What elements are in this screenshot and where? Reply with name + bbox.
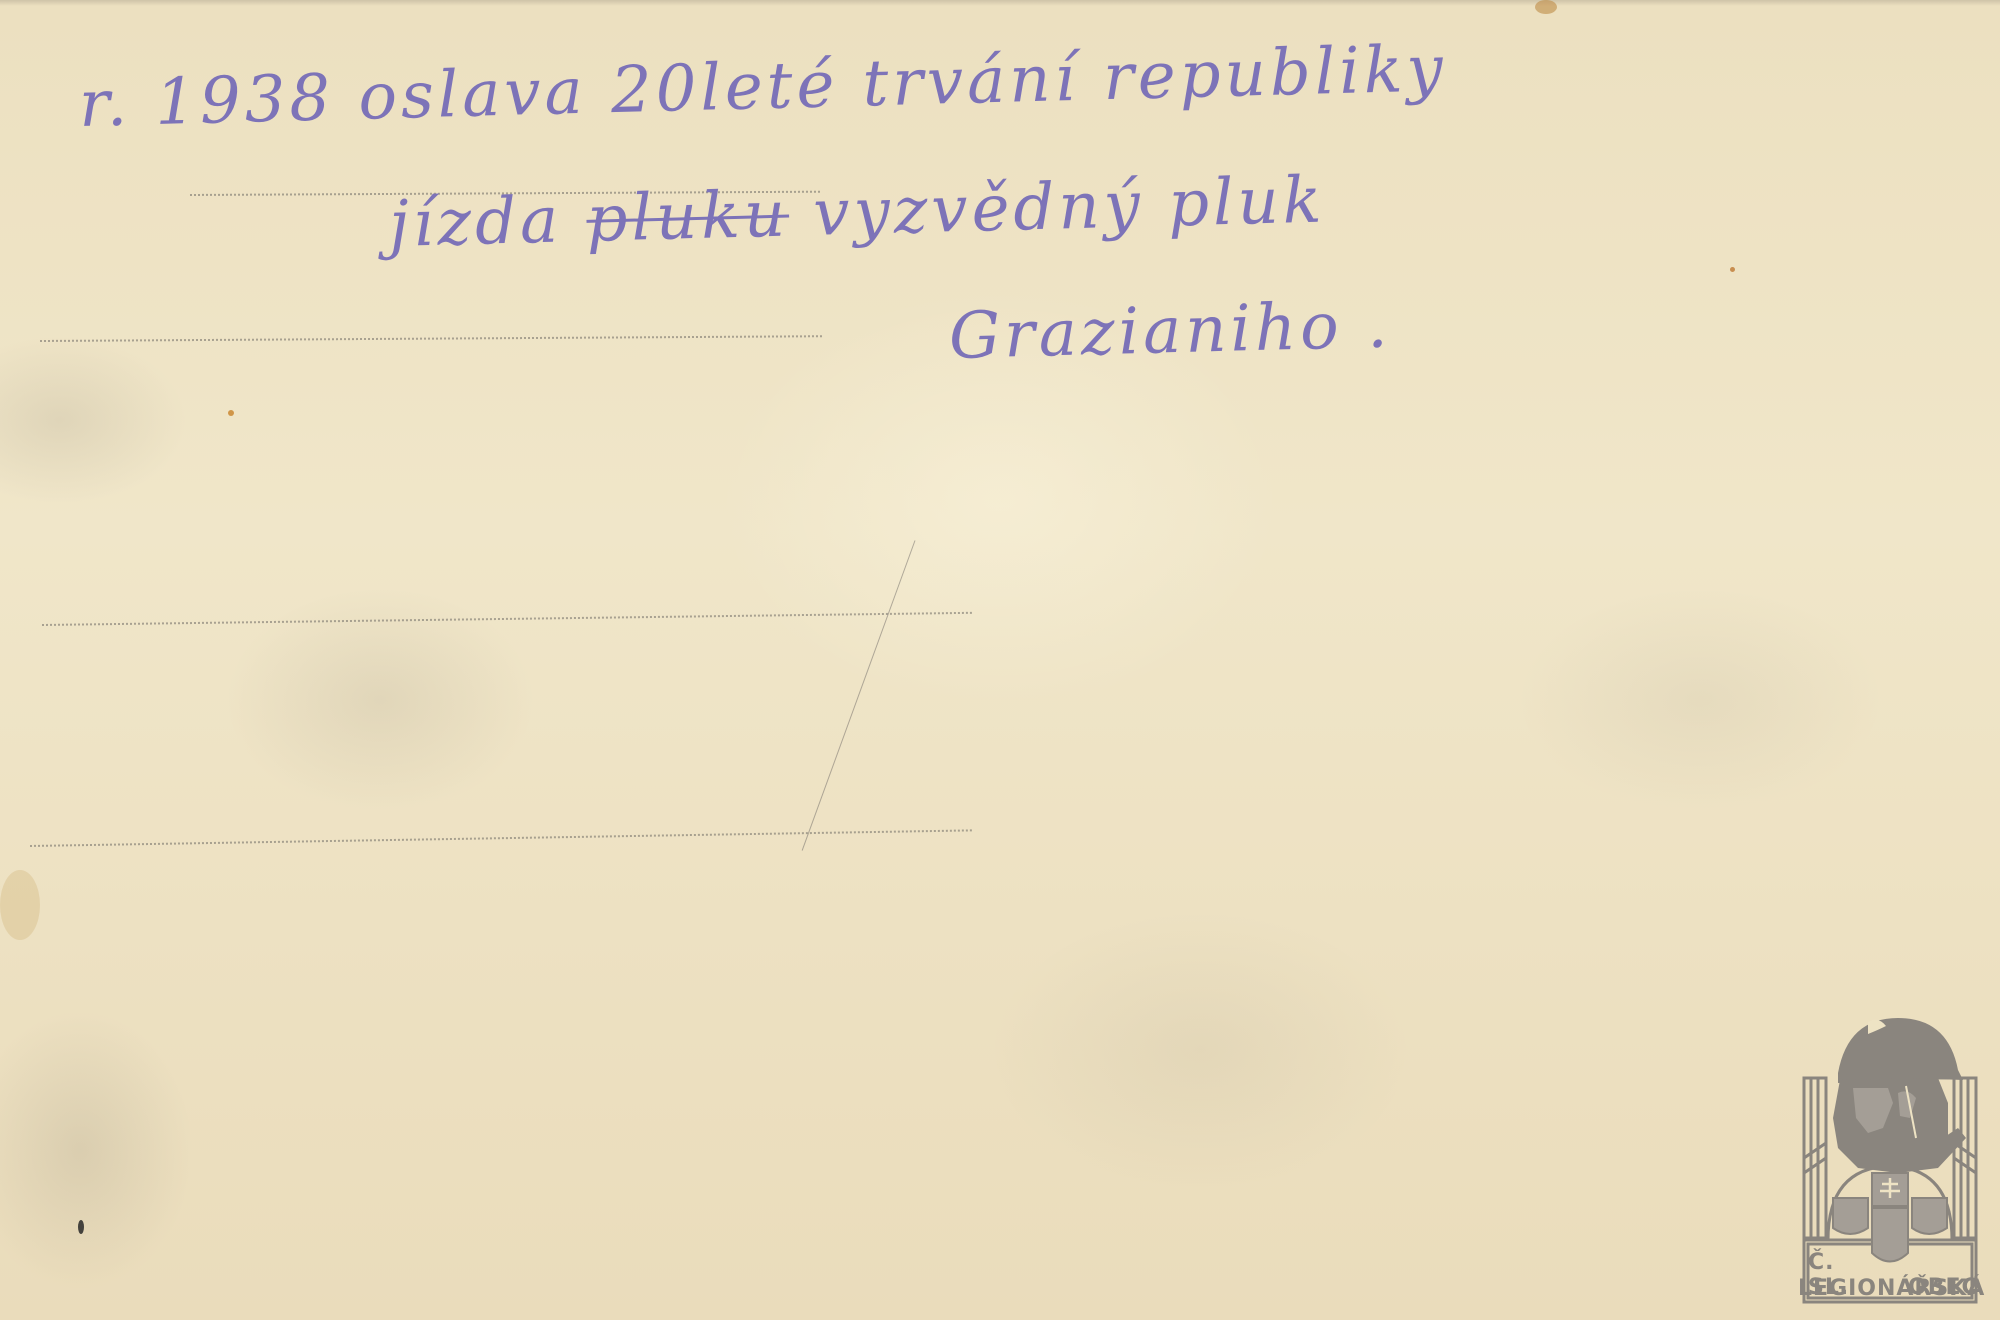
handwriting-line-1: r. 1938 oslava 20leté trvání republiky [78,32,1447,142]
stain [1730,267,1735,272]
stain [1535,0,1557,14]
legion-logo: Č. SL.OBEC LEGIONÁŘSKÁ [1798,1008,1982,1308]
handwriting-line-3: Grazianiho . [948,288,1392,374]
paper-top-edge [0,0,2000,6]
pencil-mark [802,540,916,850]
handwriting-line-2: jízda pluku vyzvědný pluk [388,164,1326,262]
handwriting-text: r. 1938 oslava 20leté trvání republiky [78,32,1447,142]
stain [0,870,40,940]
stain [228,410,234,416]
postcard-back: r. 1938 oslava 20leté trvání republiky j… [0,0,2000,1320]
dotted-line-3 [42,612,972,626]
dotted-line-2 [40,335,822,342]
handwriting-text: Grazianiho . [948,288,1392,374]
stain [78,1220,84,1234]
struck-word: pluku [585,178,790,257]
handwriting-text: jízda [388,183,587,262]
handwriting-text: vyzvědný pluk [788,164,1326,252]
dotted-line-4 [30,829,972,847]
logo-text-line-2: LEGIONÁŘSKÁ [1798,1276,1982,1301]
